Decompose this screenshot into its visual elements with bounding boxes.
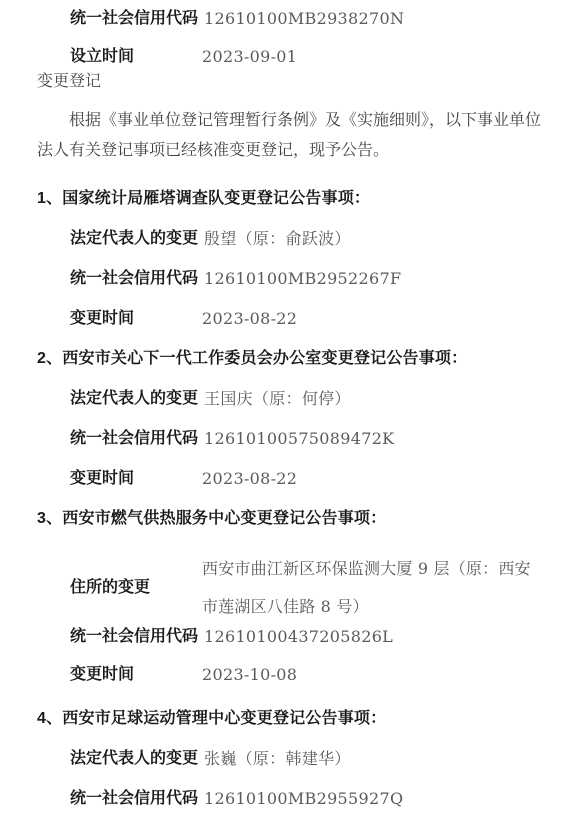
field-value: 2023-10-08: [202, 666, 541, 684]
field-value: 2023-08-22: [202, 310, 541, 328]
field-value: 张巍（原：韩建华）: [204, 750, 541, 768]
field-value: 2023-08-22: [202, 470, 541, 488]
field-row-credit-code: 统一社会信用代码 12610100437205826L: [37, 628, 541, 646]
field-value: 西安市曲江新区环保监测大厦 9 层（原：西安市莲湖区八佳路 8 号）: [202, 550, 541, 626]
announcement-3-heading: 3、西安市燃气供热服务中心变更登记公告事项：: [37, 510, 541, 528]
field-label: 变更时间: [70, 470, 196, 488]
field-value: 12610100MB2952267F: [204, 270, 541, 288]
field-label: 法定代表人的变更: [70, 390, 198, 408]
field-label: 法定代表人的变更: [70, 750, 198, 768]
field-row-legal-rep: 法定代表人的变更 殷望（原：俞跃波）: [37, 230, 541, 248]
announcement-2-heading: 2、西安市关心下一代工作委员会办公室变更登记公告事项：: [37, 350, 541, 368]
change-registration-title: 变更登记: [37, 72, 541, 90]
field-row-credit-code: 统一社会信用代码 12610100MB2952267F: [37, 270, 541, 288]
field-row-legal-rep: 法定代表人的变更 王国庆（原：何停）: [37, 390, 541, 408]
field-row-address-change: 住所的变更 西安市曲江新区环保监测大厦 9 层（原：西安市莲湖区八佳路 8 号）: [37, 550, 541, 626]
field-label: 统一社会信用代码: [70, 430, 198, 448]
field-label: 统一社会信用代码: [70, 270, 198, 288]
field-row-establish-date: 设立时间 2023-09-01: [37, 48, 541, 66]
field-row-change-date: 变更时间 2023-08-22: [37, 310, 541, 328]
field-row-change-date: 变更时间 2023-08-22: [37, 470, 541, 488]
field-label: 住所的变更: [70, 579, 196, 597]
field-label: 统一社会信用代码: [70, 10, 198, 28]
intro-paragraph: 根据《事业单位登记管理暂行条例》及《实施细则》，以下事业单位法人有关登记事项已经…: [37, 105, 541, 165]
field-row-credit-code: 统一社会信用代码 12610100MB2955927Q: [37, 790, 541, 808]
field-row-legal-rep: 法定代表人的变更 张巍（原：韩建华）: [37, 750, 541, 768]
field-row-credit-code: 统一社会信用代码 12610100575089472K: [37, 430, 541, 448]
field-label: 变更时间: [70, 666, 196, 684]
field-value: 12610100575089472K: [204, 430, 541, 448]
field-value: 12610100MB2955927Q: [204, 790, 541, 808]
field-row-credit-code: 统一社会信用代码 12610100MB2938270N: [37, 10, 541, 28]
field-value: 12610100437205826L: [204, 628, 541, 646]
field-value: 王国庆（原：何停）: [204, 390, 541, 408]
field-value: 2023-09-01: [202, 48, 541, 66]
field-row-change-date: 变更时间 2023-10-08: [37, 666, 541, 684]
announcement-1-heading: 1、国家统计局雁塔调查队变更登记公告事项：: [37, 190, 541, 208]
announcement-4-heading: 4、西安市足球运动管理中心变更登记公告事项：: [37, 710, 541, 728]
field-label: 法定代表人的变更: [70, 230, 198, 248]
field-label: 统一社会信用代码: [70, 790, 198, 808]
field-label: 设立时间: [70, 48, 196, 66]
field-label: 变更时间: [70, 310, 196, 328]
field-value: 殷望（原：俞跃波）: [204, 230, 541, 248]
announcement-document: 统一社会信用代码 12610100MB2938270N 设立时间 2023-09…: [0, 0, 577, 814]
field-label: 统一社会信用代码: [70, 628, 198, 646]
field-value: 12610100MB2938270N: [204, 10, 541, 28]
